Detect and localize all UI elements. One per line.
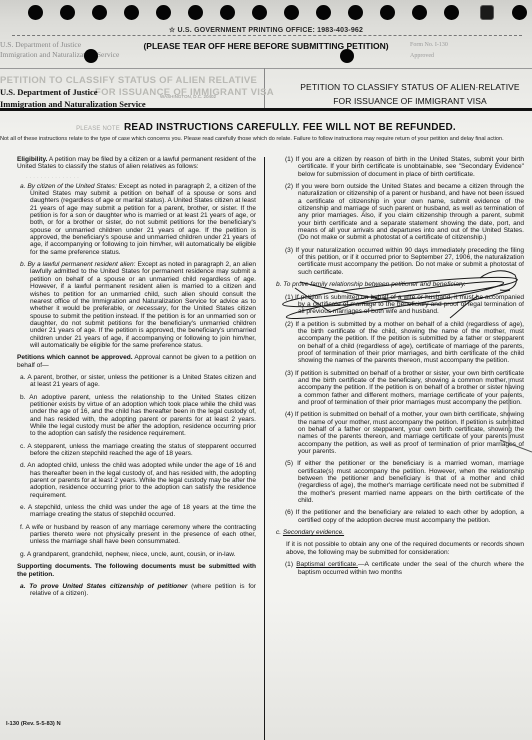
item-2d: d. An adopted child, unless the child wa… xyxy=(6,462,256,499)
item-2a: a. A parent, brother, or sister, unless … xyxy=(6,374,256,389)
section-petitions-not-approved: 2.Petitions which cannot be approved. Ap… xyxy=(6,354,256,369)
feed-hole-icon xyxy=(28,5,43,20)
item-2g: g. A grandparent, grandchild, nephew, ni… xyxy=(6,551,256,558)
feed-hole-icon xyxy=(316,5,331,20)
item-relationship-4: (4) If petition is submitted on behalf o… xyxy=(272,411,524,455)
feed-hole-icon xyxy=(380,5,395,20)
feed-hole-icon xyxy=(220,5,235,20)
item-citizenship-1: (1) If you are a citizen by reason of bi… xyxy=(272,156,524,178)
item-relationship-5: (5) If either the petitioner or the bene… xyxy=(272,460,524,504)
feed-hole-icon xyxy=(124,5,139,20)
item-relationship-1: (1) If petition is submitted on behalf o… xyxy=(272,294,524,316)
item-2f: f. A wife or husband by reason of any ma… xyxy=(6,524,256,546)
item-baptismal-certificate: (1) Baptismal certificate.—A certificate… xyxy=(272,561,524,576)
item-relationship-3: (3) If petition is submitted on behalf o… xyxy=(272,370,524,407)
section-eligibility-b: b. By a lawful permanent resident alien:… xyxy=(6,261,256,349)
item-citizenship-3: (3) If your naturalization occurred with… xyxy=(272,247,524,276)
tear-off-instruction: (PLEASE TEAR OFF HERE BEFORE SUBMITTING … xyxy=(0,41,532,51)
section-family-relationship: b. To prove family relationship between … xyxy=(272,281,524,288)
general-notice: Not all of these instructions relate to … xyxy=(0,136,530,143)
tear-stub-form-number: Form No. I-130 Approved xyxy=(410,40,448,62)
secondary-evidence-text: If it is not possible to obtain any one … xyxy=(272,541,524,556)
item-2c: c. A stepparent, unless the marriage cre… xyxy=(6,443,256,458)
header-rule xyxy=(0,68,532,69)
feed-hole-icon xyxy=(284,5,299,20)
item-2b: b. An adoptive parent, unless the relati… xyxy=(6,394,256,438)
title-rule xyxy=(0,108,532,111)
feed-hole-icon xyxy=(412,5,427,20)
form-number: I-130 (Rev. 5-5-83) N xyxy=(6,721,61,727)
section-secondary-evidence: c. Secondary evidence. xyxy=(272,529,524,536)
punch-hole-icon xyxy=(84,49,98,63)
item-2e: e. A stepchild, unless the child was und… xyxy=(6,504,256,519)
section-eligibility: 1.Eligibility. A petition may be filed b… xyxy=(6,156,256,171)
tear-off-perforation xyxy=(12,35,522,36)
item-3a: a. To prove United States citizenship of… xyxy=(6,583,256,598)
feed-hole-icon xyxy=(348,5,363,20)
left-column: 1.Eligibility. A petition may be filed b… xyxy=(6,156,256,603)
right-column: (1) If you are a citizen by reason of bi… xyxy=(272,156,524,581)
feed-hole-icon xyxy=(512,5,527,20)
feed-hole-square-icon xyxy=(480,5,494,20)
punch-hole-icon xyxy=(340,49,354,63)
banner-title: READ INSTRUCTIONS CAREFULLY. FEE WILL NO… xyxy=(124,122,456,133)
feed-hole-icon xyxy=(60,5,75,20)
instructions-banner: PLEASE NOTEREAD INSTRUCTIONS CAREFULLY. … xyxy=(0,122,532,133)
item-relationship-6: (6) If the petitioner and the beneficiar… xyxy=(272,509,524,524)
feed-hole-icon xyxy=(444,5,459,20)
fine-print: WASHINGTON, D.C. 20402 xyxy=(160,94,300,100)
printing-office-line: ☆ U.S. GOVERNMENT PRINTING OFFICE: 1983-… xyxy=(0,26,532,34)
tractor-feed-holes xyxy=(0,5,532,21)
agency-block: U.S. Department of Justice Immigration a… xyxy=(0,86,146,110)
feed-hole-icon xyxy=(156,5,171,20)
department-name: U.S. Department of Justice xyxy=(0,86,146,98)
form-title: PETITION TO CLASSIFY STATUS OF ALIEN·REL… xyxy=(290,80,530,108)
feed-hole-icon xyxy=(252,5,267,20)
section-supporting-documents: 3.Supporting documents. The following do… xyxy=(6,563,256,578)
bleed-through: · · · · · · · · · · · · · · · xyxy=(26,176,256,181)
feed-hole-icon xyxy=(188,5,203,20)
section-eligibility-a: a. By citizen of the United States: Exce… xyxy=(6,183,256,256)
column-divider xyxy=(264,157,265,740)
item-citizenship-2: (2) If you were born outside the United … xyxy=(272,183,524,242)
scanned-form-page: ☆ U.S. GOVERNMENT PRINTING OFFICE: 1983-… xyxy=(0,0,532,740)
feed-hole-icon xyxy=(92,5,107,20)
item-relationship-2: (2) If a petition is submitted by a moth… xyxy=(272,321,524,365)
